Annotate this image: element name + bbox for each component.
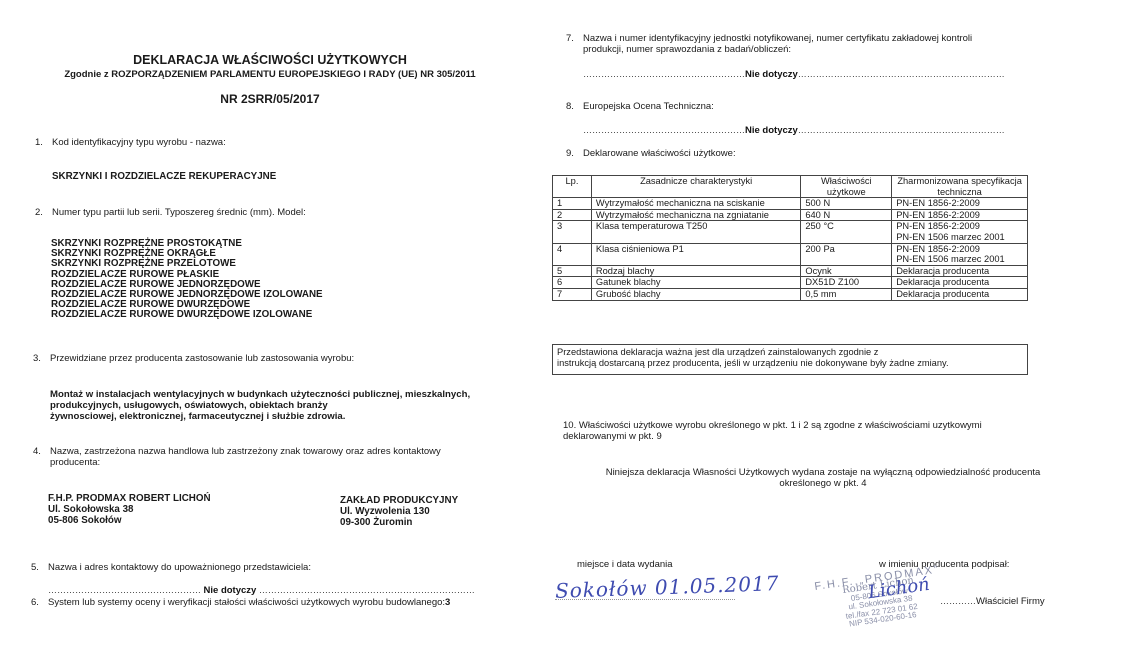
section-4-label: 4. Nazwa, zastrzeżona nazwa handlowa lub… — [33, 447, 441, 469]
column-header-performance: Właściwości użytkowe — [801, 176, 892, 198]
section-number: 3. — [33, 353, 50, 364]
cell-lp: 6 — [553, 277, 592, 289]
cell-lp: 7 — [553, 288, 592, 300]
section-label: Nazwa i adres kontaktowy do upoważnioneg… — [48, 562, 311, 573]
section-number: 1. — [35, 137, 52, 148]
cell-spec: Deklaracja producenta — [892, 277, 1028, 289]
table-row: 2 Wytrzymałość mechaniczna na zgniatanie… — [553, 209, 1028, 221]
producer-address: F.H.P. PRODMAX ROBERT LICHOŃ Ul. Sokołow… — [48, 493, 211, 527]
model-item: ROZDZIELACZE RUROWE DWURZĘDOWE IZOLOWANE — [51, 310, 323, 320]
intended-use: Montaż w instalacjach wentylacyjnych w b… — [50, 390, 470, 422]
validity-note-line: instrukcją dostarcaną przez producenta, … — [557, 358, 1023, 369]
table-row: 4 Klasa ciśnieniowa P1 200 Pa PN-EN 1856… — [553, 243, 1028, 265]
declaration-title: DEKLARACJA WŁAŚCIWOŚCI UŻYTKOWYCH — [0, 53, 540, 67]
responsibility-statement: Niniejsza deklaracja Własności Użytkowyc… — [560, 467, 1086, 489]
section-2-label: 2.Numer typu partii lub serii. Typoszere… — [35, 207, 306, 218]
spec-line: PN-EN 1856-2:2009 — [896, 221, 1023, 232]
cell-characteristic: Gatunek blachy — [591, 277, 800, 289]
section-label: System lub systemy oceny i weryfikacji s… — [48, 597, 445, 608]
section-label: Deklarowane właściwości użytkowe: — [583, 148, 736, 159]
dotted-leader: ……………………………………………………………… — [259, 585, 475, 595]
cell-characteristic: Wytrzymałość mechaniczna na sciskanie — [591, 198, 800, 210]
cell-lp: 2 — [553, 209, 592, 221]
place-date-label: miejsce i data wydania — [577, 559, 673, 570]
spec-line: PN-EN 1506 marzec 2001 — [896, 232, 1023, 243]
cell-lp: 4 — [553, 243, 592, 265]
dotted-leader: ……………………………………………… — [583, 69, 745, 79]
cell-spec: PN-EN 1856-2:2009 — [892, 198, 1028, 210]
section-label: Kod identyfikacyjny typu wyrobu - nazwa: — [52, 137, 226, 148]
column-header-characteristics: Zasadnicze charakterystyki — [591, 176, 800, 198]
section-5-label: 5.Nazwa i adres kontaktowy do upoważnion… — [31, 562, 311, 573]
responsibility-line: Niniejsza deklaracja Własności Użytkowyc… — [560, 467, 1086, 478]
cell-lp: 5 — [553, 265, 592, 277]
cell-value: 0,5 mm — [801, 288, 892, 300]
section-7-label: 7. Nazwa i numer identyfikacyjny jednost… — [566, 34, 972, 56]
spec-line: PN-EN 1856-2:2009 — [896, 244, 1023, 255]
cell-characteristic: Klasa ciśnieniowa P1 — [591, 243, 800, 265]
section-label: Europejska Ocena Techniczna: — [583, 101, 714, 112]
section-number: 2. — [35, 207, 52, 218]
dotted-leader: ……………………………………………… — [583, 125, 745, 135]
cell-characteristic: Wytrzymałość mechaniczna na zgniatanie — [591, 209, 800, 221]
declaration-number: NR 2SRR/05/2017 — [0, 92, 540, 106]
cell-value: DX51D Z100 — [801, 277, 892, 289]
section-6-label: 6.System lub systemy oceny i weryfikacji… — [31, 597, 450, 608]
cell-value: 500 N — [801, 198, 892, 210]
conformity-statement: Właściwości użytkowe wyrobu określonego … — [579, 420, 982, 431]
section-number: 8. — [566, 101, 583, 112]
section-1-label: 1.Kod identyfikacyjny typu wyrobu - nazw… — [35, 137, 226, 148]
cell-spec: Deklaracja producenta — [892, 265, 1028, 277]
place-date-dotted-line — [555, 599, 735, 600]
section-8-label: 8.Europejska Ocena Techniczna: — [566, 101, 714, 112]
table-row: 7 Grubość blachy 0,5 mm Deklaracja produ… — [553, 288, 1028, 300]
declaration-subtitle: Zgodnie z ROZPORZĄDZENIEM PARLAMENTU EUR… — [0, 69, 540, 80]
section-label: Numer typu partii lub serii. Typoszereg … — [52, 207, 306, 218]
cell-characteristic: Rodzaj blachy — [591, 265, 800, 277]
section-label: produkcji, numer sprawozdania z badań/ob… — [583, 45, 972, 56]
producer-street: Ul. Sokołowska 38 — [48, 504, 211, 515]
intended-use-line: produkcyjnych, usługowych, oświatowych, … — [50, 401, 470, 412]
plant-name: ZAKŁAD PRODUKCYJNY — [340, 495, 458, 506]
signer-role: …………Właściciel Firmy — [940, 596, 1045, 607]
cell-characteristic: Klasa temperaturowa T250 — [591, 221, 800, 243]
validity-note-box: Przedstawiona deklaracja ważna jest dla … — [552, 344, 1028, 375]
model-list: SKRZYNKI ROZPRĘŻNE PROSTOKĄTNE SKRZYNKI … — [51, 239, 323, 321]
section-9-label: 9.Deklarowane właściwości użytkowe: — [566, 148, 736, 159]
dotted-leader: …………………………………………………………… — [798, 69, 1005, 79]
cell-value: Ocynk — [801, 265, 892, 277]
cell-value: 200 Pa — [801, 243, 892, 265]
cell-spec: PN-EN 1856-2:2009 PN-EN 1506 marzec 2001 — [892, 221, 1028, 243]
plant-address: ZAKŁAD PRODUKCYJNY Ul. Wyzwolenia 130 09… — [340, 495, 458, 529]
column-header-spec: Zharmonizowana specyfikacja techniczna — [892, 176, 1028, 198]
section-3-label: 3.Przewidziane przez producenta zastosow… — [33, 353, 354, 364]
cell-value: 640 N — [801, 209, 892, 221]
validity-note-line: Przedstawiona deklaracja ważna jest dla … — [557, 347, 1023, 358]
product-name: SKRZYNKI I ROZDZIELACZE REKUPERACYJNE — [52, 171, 276, 182]
table-row: 5 Rodzaj blachy Ocynk Deklaracja produce… — [553, 265, 1028, 277]
dotted-leader: …………………………………………… — [48, 585, 201, 595]
section-number: 6. — [31, 597, 48, 608]
section-10: 10. Właściwości użytkowe wyrobu określon… — [563, 421, 982, 443]
producer-city: 05-806 Sokołów — [48, 515, 211, 526]
section-label: Nazwa, zastrzeżona nazwa handlowa lub za… — [50, 447, 441, 458]
section-number: 7. — [566, 34, 583, 45]
table-row: 6 Gatunek blachy DX51D Z100 Deklaracja p… — [553, 277, 1028, 289]
section-label: producenta: — [50, 458, 441, 469]
declared-properties-table: Lp. Zasadnicze charakterystyki Właściwoś… — [552, 175, 1028, 301]
conformity-statement: deklarowanymi w pkt. 9 — [563, 432, 982, 443]
plant-city: 09-300 Żuromin — [340, 517, 458, 528]
not-applicable-value: Nie dotyczy — [204, 585, 257, 596]
spec-line: PN-EN 1506 marzec 2001 — [896, 254, 1023, 265]
section-label: Przewidziane przez producenta zastosowan… — [50, 353, 354, 364]
not-applicable-value: Nie dotyczy — [745, 125, 798, 136]
dotted-leader: ………… — [940, 596, 976, 606]
producer-name: F.H.P. PRODMAX ROBERT LICHOŃ — [48, 493, 211, 504]
responsibility-line: określonego w pkt. 4 — [560, 478, 1086, 489]
cell-characteristic: Grubość blachy — [591, 288, 800, 300]
cell-lp: 1 — [553, 198, 592, 210]
cell-value: 250 °C — [801, 221, 892, 243]
section-number: 9. — [566, 148, 583, 159]
cell-spec: Deklaracja producenta — [892, 288, 1028, 300]
plant-street: Ul. Wyzwolenia 130 — [340, 506, 458, 517]
section-number: 10. — [563, 420, 576, 431]
section-number: 5. — [31, 562, 48, 573]
cell-spec: PN-EN 1856-2:2009 — [892, 209, 1028, 221]
not-applicable-value: Nie dotyczy — [745, 69, 798, 80]
cell-lp: 3 — [553, 221, 592, 243]
signer-role-label: Właściciel Firmy — [976, 596, 1045, 607]
notified-body-value: ………………………………………………Nie dotyczy……………………………… — [583, 69, 1005, 80]
cell-spec: PN-EN 1856-2:2009 PN-EN 1506 marzec 2001 — [892, 243, 1028, 265]
section-number: 4. — [33, 447, 50, 458]
dotted-leader: …………………………………………………………… — [798, 125, 1005, 135]
intended-use-line: żywnosciowej, elektronicznej, farmaceuty… — [50, 412, 470, 423]
table-header-row: Lp. Zasadnicze charakterystyki Właściwoś… — [553, 176, 1028, 198]
assessment-system-value: 3 — [445, 597, 450, 608]
representative-value: …………………………………………… Nie dotyczy …………………………… — [48, 585, 475, 596]
eta-value: ………………………………………………Nie dotyczy……………………………… — [583, 125, 1005, 136]
table-row: 3 Klasa temperaturowa T250 250 °C PN-EN … — [553, 221, 1028, 243]
column-header-lp: Lp. — [553, 176, 592, 198]
table-row: 1 Wytrzymałość mechaniczna na sciskanie … — [553, 198, 1028, 210]
